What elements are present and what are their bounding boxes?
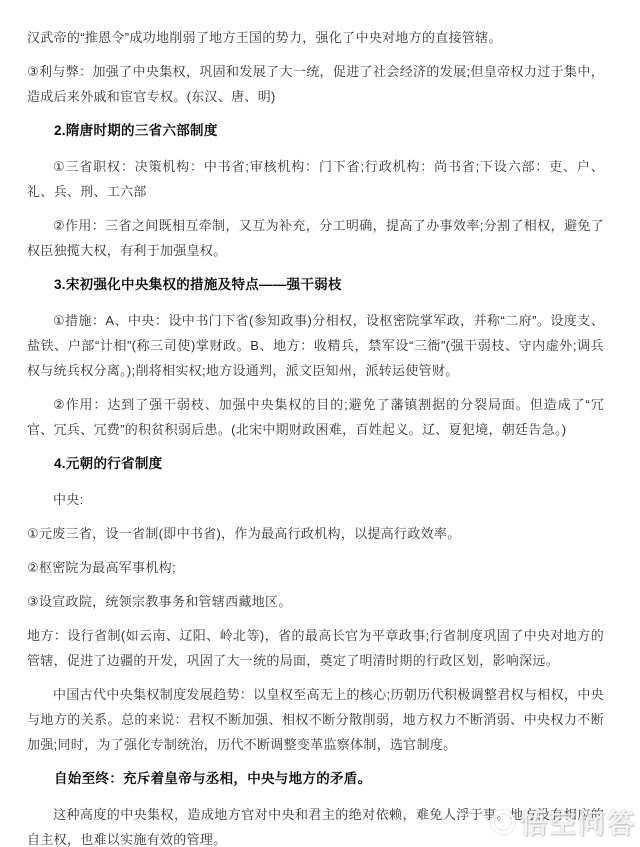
- paragraph-closing-remark: 这种高度的中央集权，造成地方官对中央和君主的绝对依赖，难免人浮于事。地方没有相应…: [27, 802, 604, 847]
- paragraph-song-effect: ②作用：达到了强干弱枝、加强中央集权的目的;避免了藩镇割据的分裂局面。但造成了“…: [27, 392, 604, 442]
- section-heading-sui-tang-three-departments: 2.隋唐时期的三省六部制度: [27, 118, 604, 143]
- paragraph-pros-cons: ③利与弊：加强了中央集权，巩固和发展了大一统，促进了社会经济的发展;但皇帝权力过…: [27, 59, 604, 109]
- paragraph-three-departments-duties: ①三省职权：决策机构：中书省;审核机构：门下省;行政机构：尚书省;下设六部：吏、…: [27, 154, 604, 204]
- heading-conclusion-contradiction: 自始至终：充斥着皇帝与丞相，中央与地方的矛盾。: [27, 766, 604, 791]
- paragraph-yuan-central-item-3: ③设宣政院，统领宗教事务和管辖西藏地区。: [27, 589, 604, 614]
- paragraph-trend-summary: 中国古代中央集权制度发展趋势：以皇权至高无上的核心;历朝历代积极调整君权与相权，…: [27, 682, 604, 757]
- paragraph-three-departments-effect: ②作用：三省之间既相互牵制，又互为补充，分工明确，提高了办事效率;分割了相权，避…: [27, 213, 604, 263]
- paragraph-yuan-central-item-1: ①元废三省，设一省制(即中书省)，作为最高行政机构，以提高行政效率。: [27, 521, 604, 546]
- section-heading-song-centralization: 3.宋初强化中央集权的措施及特点——强干弱枝: [27, 272, 604, 297]
- document-page: 汉武帝的“推恩令”成功地削弱了地方王国的势力，强化了中央对地方的直接管辖。 ③利…: [0, 0, 640, 847]
- paragraph-yuan-central-label: 中央:: [27, 487, 604, 512]
- section-heading-yuan-province-system: 4.元朝的行省制度: [27, 451, 604, 476]
- paragraph-yuan-local: 地方：设行省制(如云南、辽阳、岭北等)，省的最高长官为平章政事;行省制度巩固了中…: [27, 623, 604, 673]
- paragraph-han-tuienling: 汉武帝的“推恩令”成功地削弱了地方王国的势力，强化了中央对地方的直接管辖。: [27, 25, 604, 50]
- paragraph-yuan-central-item-2: ②枢密院为最高军事机构;: [27, 555, 604, 580]
- paragraph-song-measures: ①措施：A、中央：设中书门下省(参知政事)分相权，设枢密院掌军政，并称“二府”。…: [27, 308, 604, 383]
